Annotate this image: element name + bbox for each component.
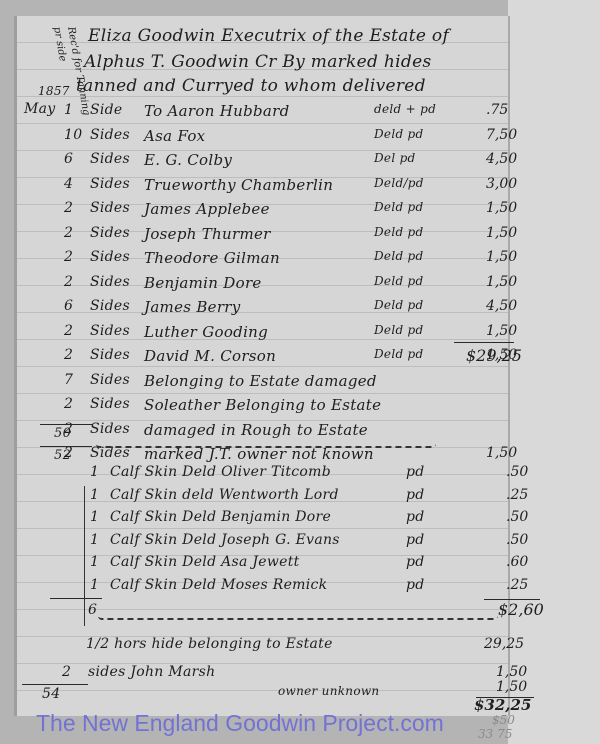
heading-line-1: Eliza Goodwin Executrix of the Estate of bbox=[88, 26, 449, 46]
marsh-qty: 2 bbox=[62, 664, 71, 680]
calfskin-qty: 1 bbox=[90, 554, 99, 570]
entry-status: Deld pd bbox=[374, 127, 424, 141]
bracket-line bbox=[84, 486, 85, 626]
count-total: 54 bbox=[42, 686, 60, 702]
calfskin-qty: 1 bbox=[90, 509, 99, 525]
subtotal-rule bbox=[454, 342, 514, 343]
entry-amount: 3,00 bbox=[486, 176, 517, 192]
calfskin-total: $2,60 bbox=[498, 600, 544, 619]
count-total-rule bbox=[22, 684, 88, 685]
calfskin-desc: Calf Skin Deld Asa Jewett bbox=[110, 554, 300, 570]
entry-qty: 2 bbox=[64, 274, 73, 290]
entry-qty: 2 bbox=[64, 225, 73, 241]
entry-qty: 6 bbox=[64, 151, 73, 167]
entry-desc: David M. Corson bbox=[144, 347, 276, 365]
entry-qty: 2 bbox=[64, 323, 73, 339]
wavy-divider-1 bbox=[96, 440, 436, 448]
entry-unit: Sides bbox=[90, 396, 130, 412]
calfskin-amount: .60 bbox=[506, 554, 528, 570]
entry-desc: Joseph Thurmer bbox=[144, 225, 271, 243]
entry-unit: Sides bbox=[90, 225, 130, 241]
count-subtotal-a: 50 bbox=[54, 426, 71, 441]
entry-desc: Asa Fox bbox=[144, 127, 205, 145]
entry-amount: 1,50 bbox=[486, 445, 517, 461]
entry-unit: Sides bbox=[90, 298, 130, 314]
calfskin-qty: 1 bbox=[90, 532, 99, 548]
entry-unit: Sides bbox=[90, 372, 130, 388]
entry-qty: 1 bbox=[64, 102, 73, 118]
entry-amount: .75 bbox=[486, 102, 508, 118]
entry-desc: To Aaron Hubbard bbox=[144, 102, 290, 120]
entry-amount: 4,50 bbox=[486, 298, 517, 314]
entry-unit: Sides bbox=[90, 323, 130, 339]
entry-unit: Sides bbox=[90, 127, 130, 143]
entry-qty: 7 bbox=[64, 372, 73, 388]
entry-qty: 10 bbox=[64, 127, 82, 143]
calfskin-status: pd bbox=[406, 464, 425, 480]
entry-qty: 2 bbox=[64, 249, 73, 265]
entry-amount: 7,50 bbox=[486, 127, 517, 143]
entry-amount: 1,50 bbox=[486, 274, 517, 290]
entry-desc: James Berry bbox=[144, 298, 241, 316]
half-hide-desc: 1/2 hors hide belonging to Estate bbox=[86, 636, 333, 652]
pencil-note-1: $50 bbox=[492, 713, 515, 727]
calfskin-desc: Calf Skin Deld Benjamin Dore bbox=[110, 509, 331, 525]
calfskin-status: pd bbox=[406, 509, 425, 525]
entry-desc: Trueworthy Chamberlin bbox=[144, 176, 333, 194]
entry-desc: damaged in Rough to Estate bbox=[144, 421, 368, 439]
marsh-desc: sides John Marsh bbox=[88, 664, 215, 680]
entry-status: deld + pd bbox=[374, 102, 436, 116]
entry-amount: 1,50 bbox=[486, 225, 517, 241]
entry-unit: Sides bbox=[90, 249, 130, 265]
entry-status: Deld pd bbox=[374, 200, 424, 214]
entry-qty: 4 bbox=[64, 176, 73, 192]
calfskin-status: pd bbox=[406, 577, 425, 593]
calfskin-desc: Calf Skin Deld Oliver Titcomb bbox=[110, 464, 331, 480]
heading-line-3: tanned and Curryed to whom delivered bbox=[76, 76, 426, 96]
entry-amount: 1,50 bbox=[486, 323, 517, 339]
entry-desc: Benjamin Dore bbox=[144, 274, 262, 292]
entry-unit: Sides bbox=[90, 347, 130, 363]
entry-unit: Sides bbox=[90, 200, 130, 216]
entry-qty: 2 bbox=[64, 200, 73, 216]
count-rule-a bbox=[40, 424, 92, 425]
calfskin-desc: Calf Skin Deld Moses Remick bbox=[110, 577, 327, 593]
entry-amount: 1,50 bbox=[486, 200, 517, 216]
calfskin-desc: Calf Skin deld Wentworth Lord bbox=[110, 487, 339, 503]
owner-unknown-amount: 1,50 bbox=[496, 679, 527, 695]
calfskin-qty: 1 bbox=[90, 487, 99, 503]
calfskin-desc: Calf Skin Deld Joseph G. Evans bbox=[110, 532, 340, 548]
calfskin-amount: .50 bbox=[506, 532, 528, 548]
half-hide-amount: 29,25 bbox=[484, 636, 524, 652]
month-label: May bbox=[24, 101, 56, 117]
calfskin-status: pd bbox=[406, 487, 425, 503]
entry-amount: 1,50 bbox=[486, 249, 517, 265]
entry-amount: 4,50 bbox=[486, 151, 517, 167]
calfskin-status: pd bbox=[406, 554, 425, 570]
year-label: 1857 bbox=[38, 84, 70, 98]
watermark-text: The New England Goodwin Project.com bbox=[36, 710, 444, 737]
count-rule-b bbox=[40, 446, 92, 447]
entry-desc: Belonging to Estate damaged bbox=[144, 372, 377, 390]
entry-unit: Sides bbox=[90, 151, 130, 167]
entry-qty: 2 bbox=[64, 347, 73, 363]
entry-status: Deld pd bbox=[374, 225, 424, 239]
entry-status: Deld pd bbox=[374, 347, 424, 361]
entry-status: Deld pd bbox=[374, 274, 424, 288]
entry-qty: 2 bbox=[64, 396, 73, 412]
calf-count-rule bbox=[50, 598, 102, 599]
entry-desc: Luther Gooding bbox=[144, 323, 268, 341]
count-subtotal-b: 52 bbox=[54, 448, 71, 463]
entry-status: Deld pd bbox=[374, 249, 424, 263]
entry-unit: Sides bbox=[90, 176, 130, 192]
calfskin-qty: 1 bbox=[90, 577, 99, 593]
scan-background bbox=[508, 0, 600, 744]
calfskin-amount: .25 bbox=[506, 487, 528, 503]
calfskin-count: 6 bbox=[88, 602, 97, 618]
calfskin-amount: .25 bbox=[506, 577, 528, 593]
wavy-divider-2 bbox=[98, 612, 498, 620]
entry-unit: Sides bbox=[90, 421, 130, 437]
grand-total: $32,25 bbox=[474, 696, 531, 714]
entry-desc: E. G. Colby bbox=[144, 151, 232, 169]
calfskin-amount: .50 bbox=[506, 509, 528, 525]
calfskin-qty: 1 bbox=[90, 464, 99, 480]
entry-status: Deld pd bbox=[374, 323, 424, 337]
entry-unit: Side bbox=[90, 102, 123, 118]
entry-desc: Soleather Belonging to Estate bbox=[144, 396, 381, 414]
ledger-page: Rec'd for Tanning pr side 1857 May Eliza… bbox=[14, 16, 508, 716]
entry-unit: Sides bbox=[90, 274, 130, 290]
pencil-note-2: 33 75 bbox=[478, 727, 512, 741]
heading-line-2: Alphus T. Goodwin Cr By marked hides bbox=[84, 52, 431, 72]
entry-qty: 6 bbox=[64, 298, 73, 314]
marsh-amount: 1,50 bbox=[496, 664, 527, 680]
entry-status: Deld pd bbox=[374, 298, 424, 312]
hides-subtotal: $29,25 bbox=[466, 346, 522, 365]
calfskin-status: pd bbox=[406, 532, 425, 548]
entry-desc: Theodore Gilman bbox=[144, 249, 280, 267]
entry-desc: James Applebee bbox=[144, 200, 270, 218]
entry-status: Deld/pd bbox=[374, 176, 424, 190]
calfskin-amount: .50 bbox=[506, 464, 528, 480]
entry-status: Del pd bbox=[374, 151, 416, 165]
owner-unknown-desc: owner unknown bbox=[278, 684, 379, 698]
